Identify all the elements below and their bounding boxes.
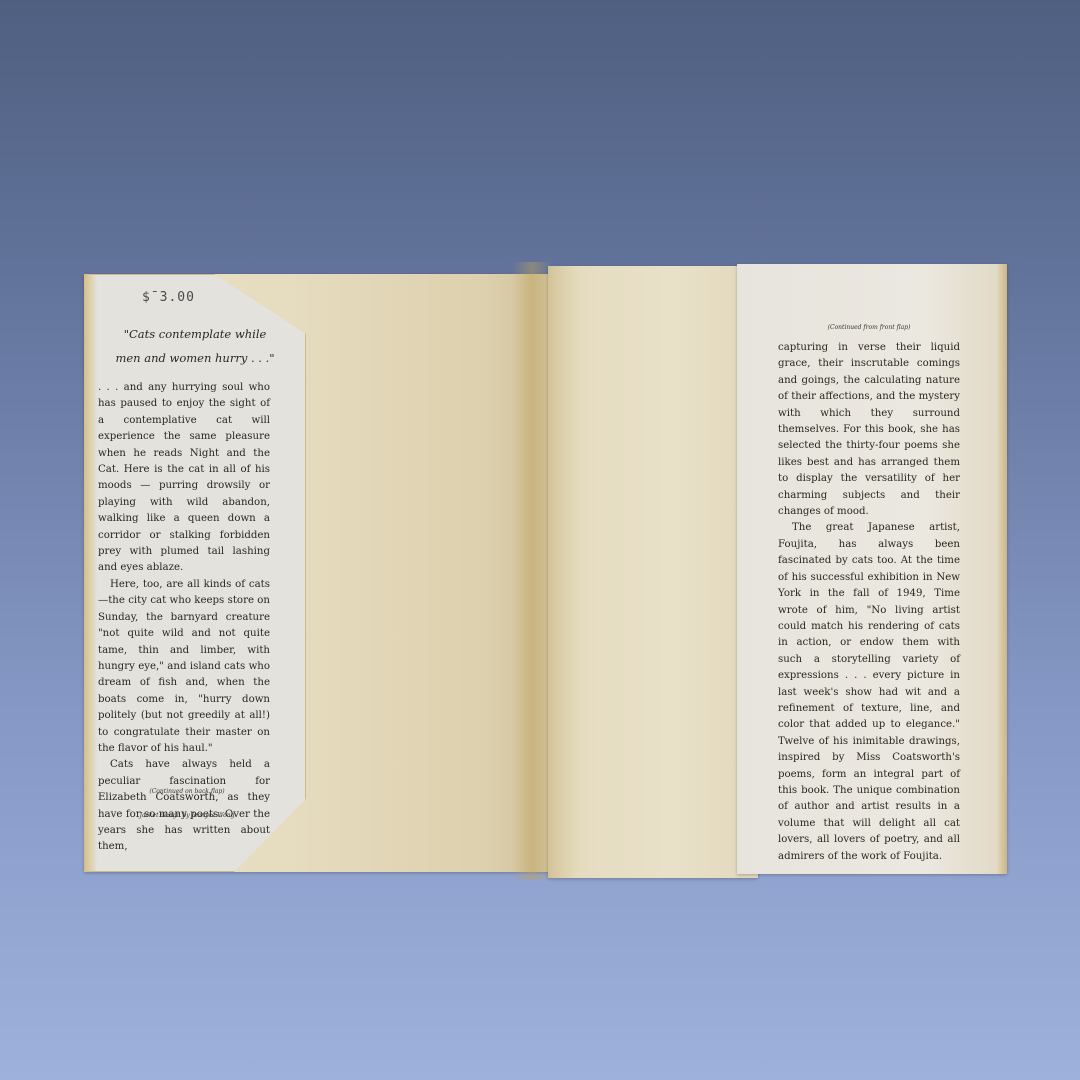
front-flap-copy: . . . and any hurrying soul who has paus… (98, 380, 270, 856)
quote-line-2: men and women hurry . . ." (100, 346, 290, 370)
price-stamp: $¯3.00 (142, 290, 195, 305)
quote-line-1: "Cats contemplate while (100, 322, 290, 346)
flap-headline-quote: "Cats contemplate while men and women hu… (100, 322, 290, 370)
spine-stain (512, 262, 552, 880)
front-paragraph-2: Here, too, are all kinds of cats—the cit… (98, 577, 270, 757)
jacket-design-credit: Jacket design by Jeanyee Wong (122, 812, 252, 819)
continued-on-back-note: (Continued on back flap) (122, 788, 252, 795)
back-flap-copy: capturing in verse their liquid grace, t… (778, 340, 960, 865)
dust-jacket: $¯3.00 "Cats contemplate while men and w… (62, 262, 1007, 880)
continued-from-front-note: (Continued from front flap) (778, 324, 960, 331)
back-paragraph-1: capturing in verse their liquid grace, t… (778, 340, 960, 520)
front-paragraph-3: Cats have always held a peculiar fascina… (98, 757, 270, 855)
back-paragraph-2: The great Japanese artist, Foujita, has … (778, 520, 960, 865)
front-paragraph-1: . . . and any hurrying soul who has paus… (98, 380, 270, 577)
jacket-front-panel (548, 266, 758, 878)
